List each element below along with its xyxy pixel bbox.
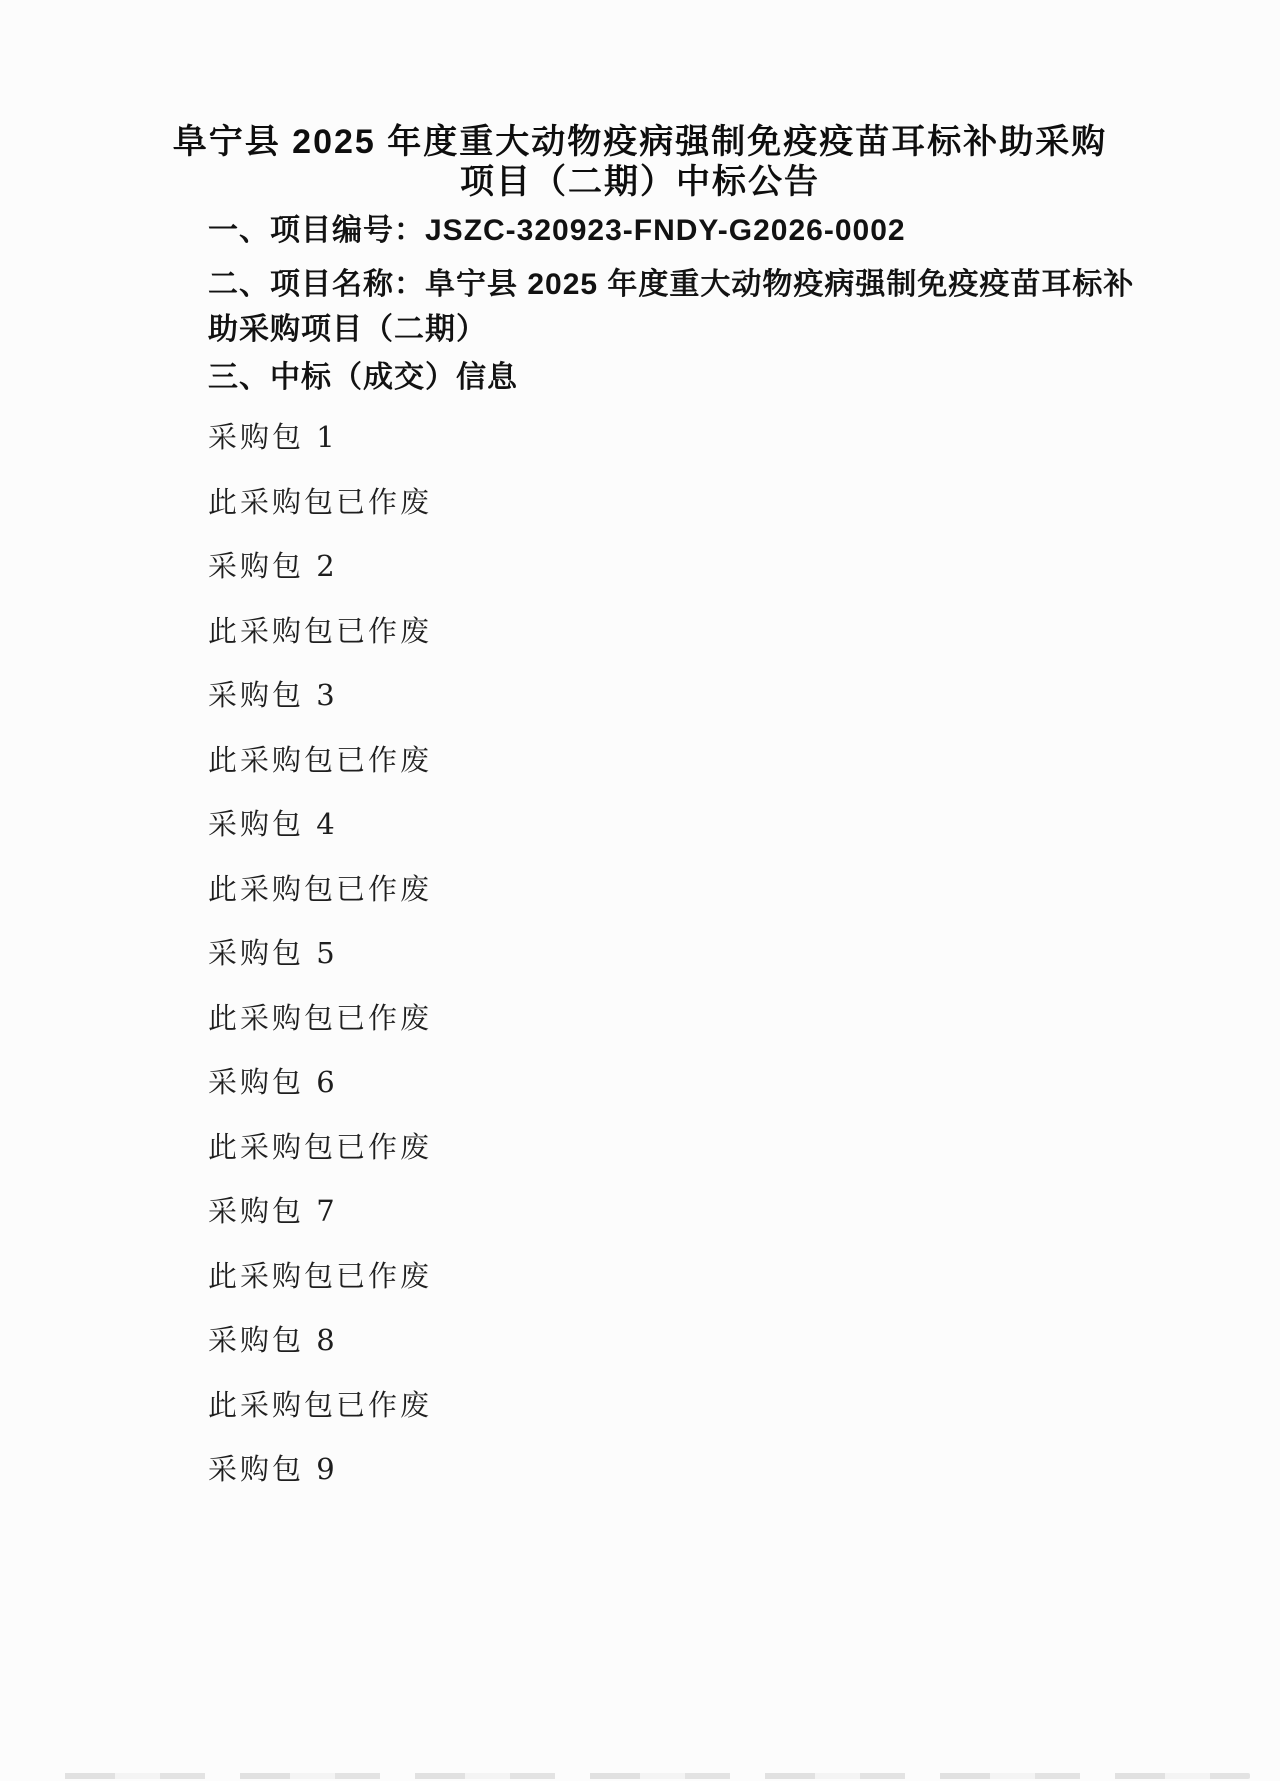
package-name: 采购包 1 xyxy=(208,405,1180,470)
section-project-name-line-2: 助采购项目（二期） xyxy=(208,313,487,346)
document-page: 阜宁县 2025 年度重大动物疫病强制免疫疫苗耳标补助采购 项目（二期）中标公告… xyxy=(0,0,1280,1781)
section-project-name-line-1: 二、项目名称：阜宁县 2025 年度重大动物疫病强制免疫疫苗耳标补 xyxy=(208,268,1134,301)
section-project-number: 一、项目编号：JSZC-320923-FNDY-G2026-0002 xyxy=(208,214,906,247)
package-status: 此采购包已作废 xyxy=(208,470,1180,535)
package-list: 采购包 1 此采购包已作废 采购包 2 此采购包已作废 采购包 3 此采购包已作… xyxy=(208,405,1180,1502)
package-name: 采购包 5 xyxy=(208,921,1180,986)
document-title-line-2: 项目（二期）中标公告 xyxy=(0,164,1280,201)
document-title-line-1: 阜宁县 2025 年度重大动物疫病强制免疫疫苗耳标补助采购 xyxy=(0,124,1280,161)
package-name: 采购包 8 xyxy=(208,1308,1180,1373)
package-name: 采购包 7 xyxy=(208,1179,1180,1244)
package-status: 此采购包已作废 xyxy=(208,986,1180,1051)
page-bottom-scan-artifact xyxy=(30,1773,1250,1779)
package-name: 采购包 4 xyxy=(208,792,1180,857)
package-status: 此采购包已作废 xyxy=(208,857,1180,922)
package-name: 采购包 6 xyxy=(208,1050,1180,1115)
package-status: 此采购包已作废 xyxy=(208,1373,1180,1438)
package-name: 采购包 9 xyxy=(208,1437,1180,1502)
package-status: 此采购包已作废 xyxy=(208,728,1180,793)
package-status: 此采购包已作废 xyxy=(208,1244,1180,1309)
package-status: 此采购包已作废 xyxy=(208,599,1180,664)
section-award-info-heading: 三、中标（成交）信息 xyxy=(208,361,518,394)
package-status: 此采购包已作废 xyxy=(208,1115,1180,1180)
package-name: 采购包 2 xyxy=(208,534,1180,599)
package-name: 采购包 3 xyxy=(208,663,1180,728)
